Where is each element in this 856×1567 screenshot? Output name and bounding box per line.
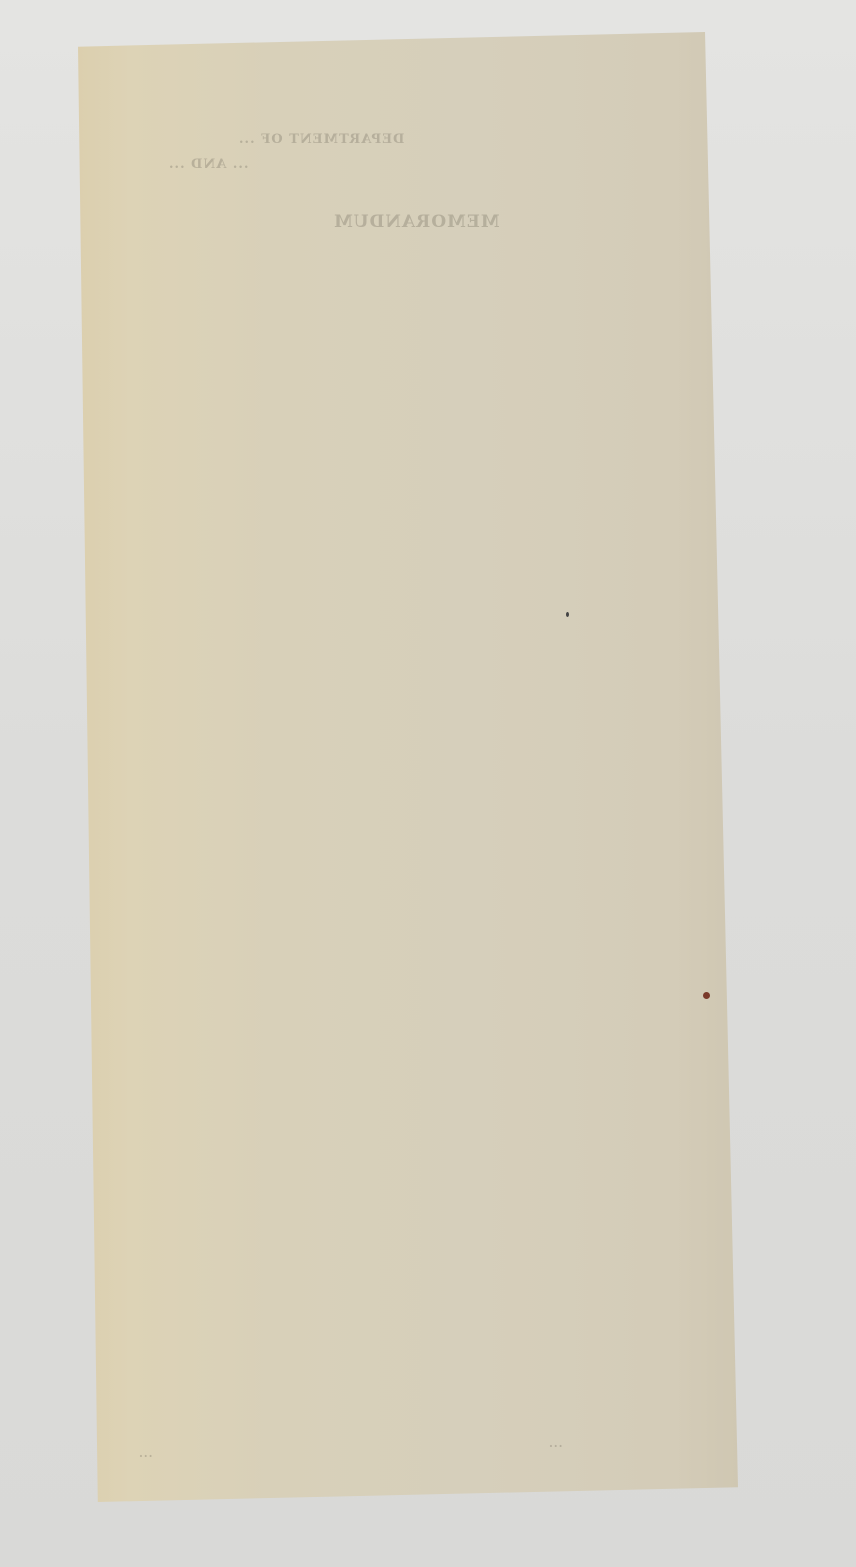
stain-spot — [703, 992, 710, 999]
show-through-title: MEMORANDUM — [333, 212, 500, 232]
paper-sheet: DEPARTMENT OF ... ... AND ... MEMORANDUM… — [78, 32, 738, 1502]
show-through-footer-right: ... — [548, 1437, 563, 1450]
show-through-header-line1: DEPARTMENT OF ... — [238, 132, 404, 147]
show-through-footer-left: ... — [138, 1447, 153, 1460]
speck — [566, 612, 569, 617]
show-through-header-line2: ... AND ... — [168, 157, 248, 172]
